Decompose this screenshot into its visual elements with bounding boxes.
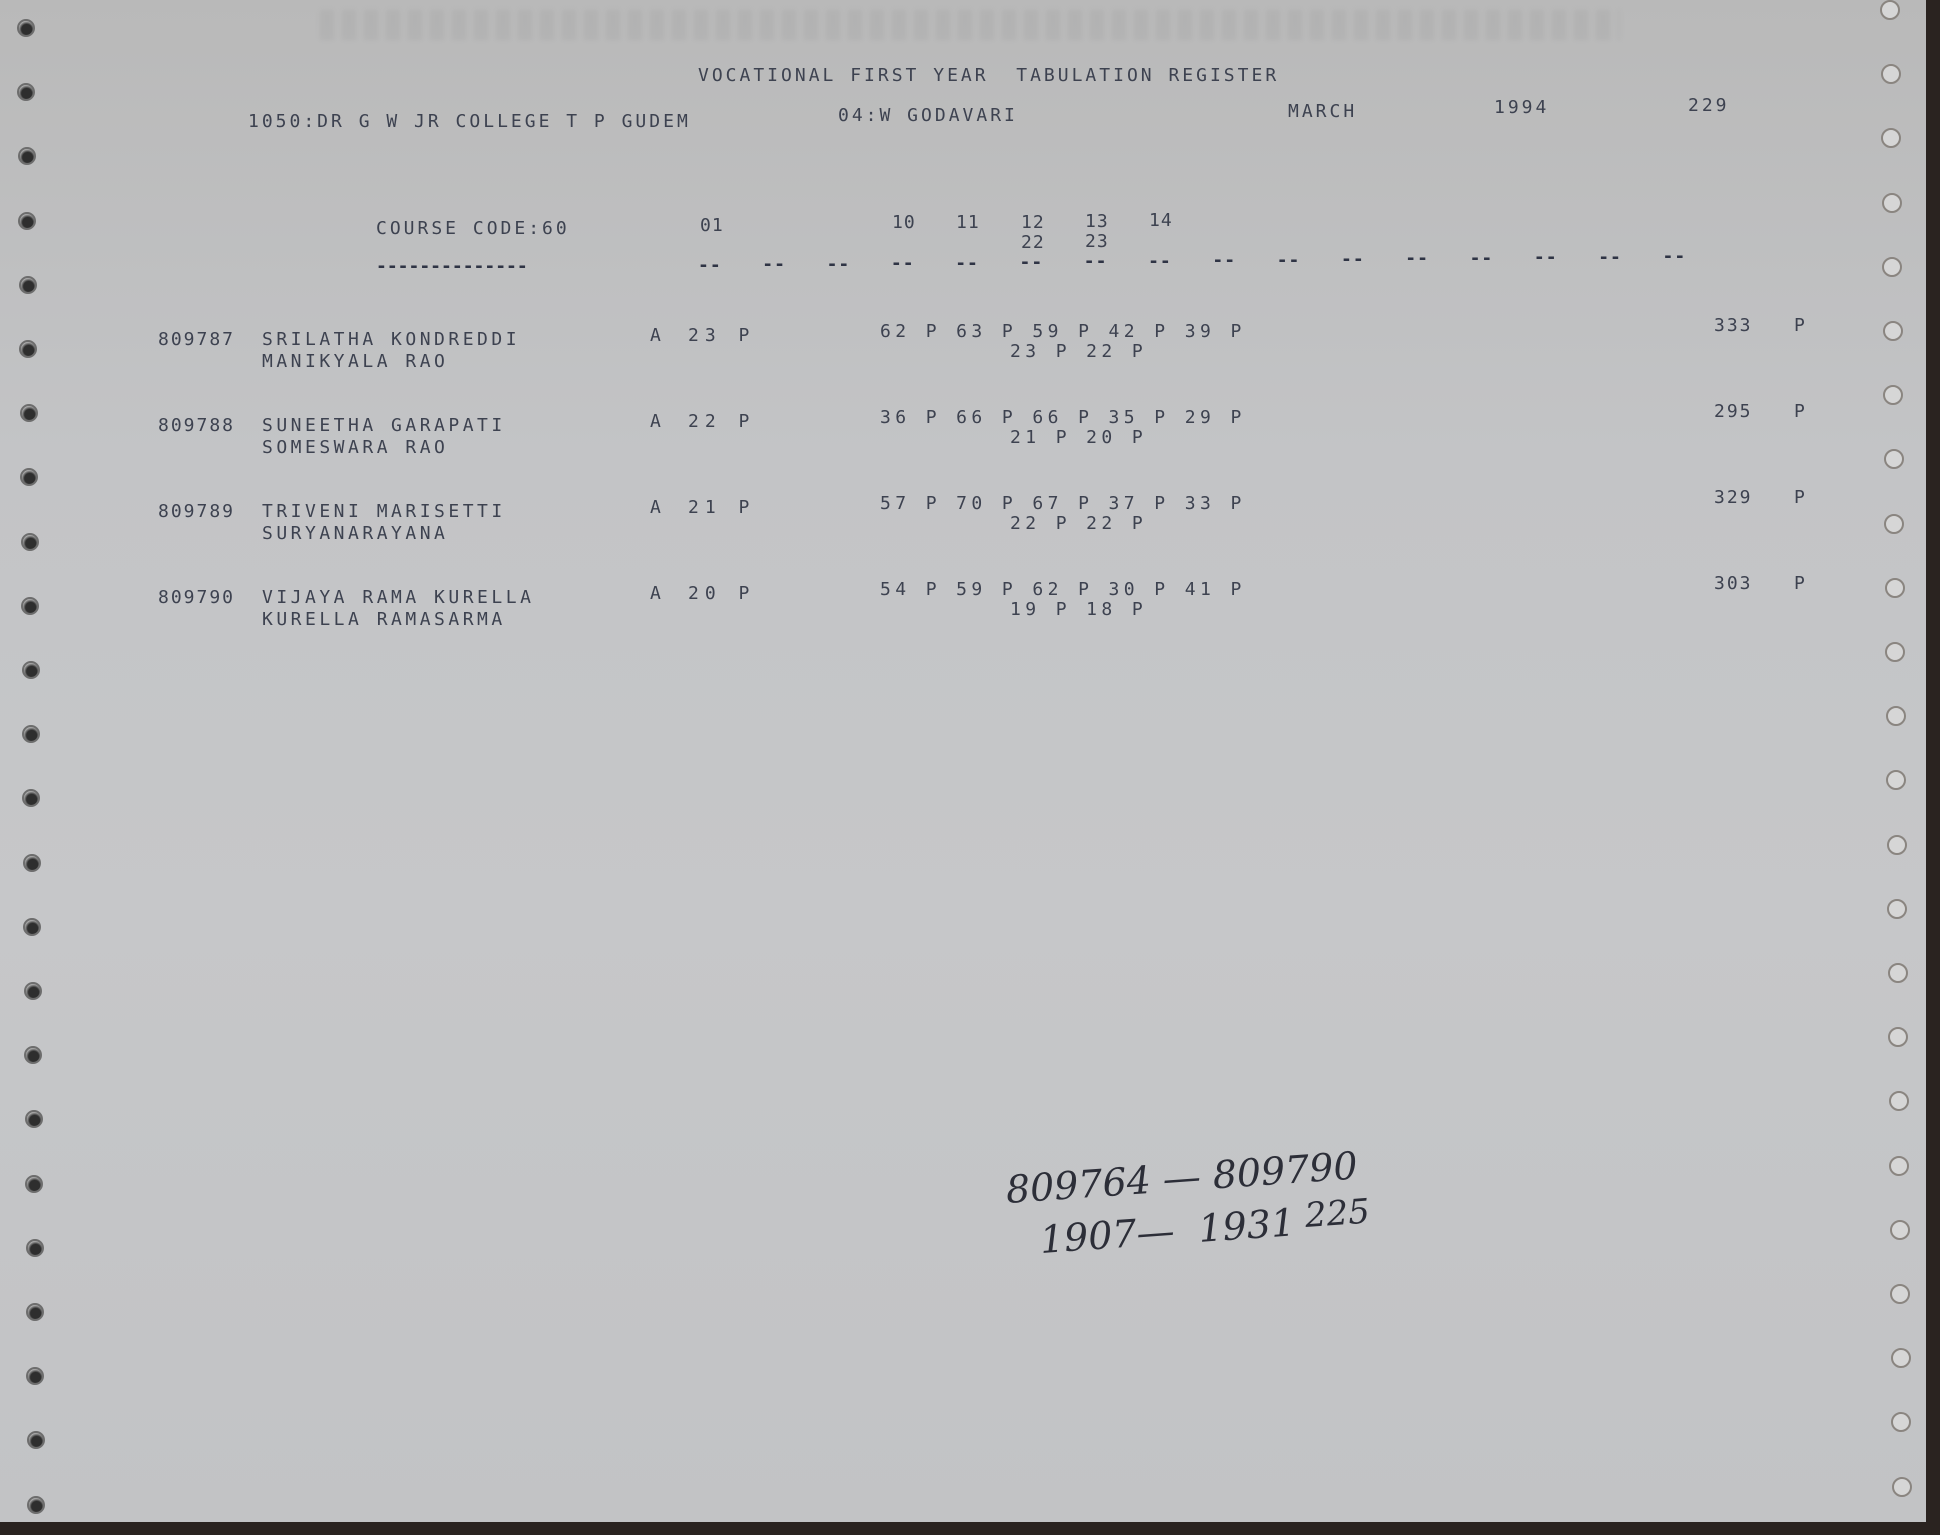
- subject-code-22: 22: [1021, 233, 1045, 253]
- sprocket-hole-icon: [1883, 385, 1903, 405]
- sprocket-hole-icon: [1882, 257, 1902, 277]
- printout-page: VOCATIONAL FIRST YEAR TABULATION REGISTE…: [0, 0, 1926, 1522]
- sprocket-hole-icon: [25, 1175, 43, 1193]
- subject-marks-row2: 21 P 20 P: [1010, 428, 1147, 448]
- subject-code-13: 13: [1085, 212, 1109, 232]
- sprocket-hole-icon: [26, 1303, 44, 1321]
- subject-code-11: 11: [956, 213, 980, 233]
- subject-code-12: 12: [1021, 213, 1045, 233]
- result-status: P: [1794, 488, 1808, 508]
- handwritten-range-line2: 1907— 1931: [1038, 1200, 1296, 1262]
- sprocket-hole-icon: [20, 404, 38, 422]
- total-marks: 303: [1714, 574, 1753, 594]
- column-separator: --: [1277, 250, 1301, 271]
- subject-code-10: 10: [892, 213, 916, 233]
- sprocket-hole-icon: [1886, 770, 1906, 790]
- total-marks: 329: [1714, 488, 1753, 508]
- total-marks: 295: [1714, 402, 1753, 422]
- column-separator: --: [1663, 246, 1687, 267]
- sprocket-hole-icon: [1882, 193, 1902, 213]
- subject-marks-row1: 54 P 59 P 62 P 30 P 41 P: [880, 580, 1246, 600]
- sprocket-hole-icon: [22, 789, 40, 807]
- sprocket-hole-icon: [1885, 642, 1905, 662]
- bleed-through-text: [320, 10, 1620, 40]
- college-name: 1050:DR G W JR COLLEGE T P GUDEM: [248, 112, 691, 132]
- sprocket-hole-icon: [21, 597, 39, 615]
- part1-marks: 20 P: [688, 584, 755, 604]
- subject-code-01: 01: [700, 216, 724, 236]
- grade-code: A: [650, 584, 664, 604]
- column-separator: --: [1212, 250, 1236, 271]
- sprocket-hole-icon: [25, 1110, 43, 1128]
- part1-marks: 23 P: [688, 326, 755, 346]
- column-separator: --: [827, 254, 851, 275]
- student-name: SUNEETHA GARAPATI: [262, 416, 506, 436]
- sprocket-hole-icon: [26, 1239, 44, 1257]
- subject-marks-row2: 19 P 18 P: [1010, 600, 1147, 620]
- sprocket-hole-icon: [1888, 1027, 1908, 1047]
- district-name: 04:W GODAVARI: [838, 106, 1018, 126]
- sprocket-hole-icon: [22, 661, 40, 679]
- sprocket-hole-icon: [1880, 0, 1900, 20]
- sprocket-hole-icon: [18, 212, 36, 230]
- sprocket-hole-icon: [19, 340, 37, 358]
- sprocket-hole-icon: [23, 854, 41, 872]
- exam-year: 1994: [1494, 98, 1549, 118]
- sprocket-hole-icon: [17, 83, 35, 101]
- student-name: TRIVENI MARISETTI: [262, 502, 506, 522]
- sprocket-hole-icon: [1881, 64, 1901, 84]
- sprocket-hole-icon: [19, 276, 37, 294]
- sprocket-hole-icon: [23, 918, 41, 936]
- column-separator: --: [955, 253, 979, 274]
- hall-ticket-number: 809787: [158, 330, 235, 350]
- page-number: 229: [1688, 96, 1730, 116]
- sprocket-hole-icon: [1881, 128, 1901, 148]
- column-separator: --: [762, 254, 786, 275]
- sprocket-hole-icon: [1887, 899, 1907, 919]
- sprocket-hole-icon: [1884, 514, 1904, 534]
- subject-marks-row1: 57 P 70 P 67 P 37 P 33 P: [880, 494, 1246, 514]
- sprocket-hole-icon: [22, 725, 40, 743]
- hall-ticket-number: 809788: [158, 416, 235, 436]
- sprocket-hole-icon: [27, 1496, 45, 1514]
- part1-marks: 21 P: [688, 498, 755, 518]
- exam-month: MARCH: [1288, 102, 1357, 122]
- column-separator: --: [1084, 251, 1108, 272]
- result-status: P: [1794, 316, 1808, 336]
- grade-code: A: [650, 412, 664, 432]
- father-name: SURYANARAYANA: [262, 524, 448, 544]
- sprocket-hole-icon: [27, 1431, 45, 1449]
- column-separator: --: [1470, 248, 1494, 269]
- subject-marks-row1: 36 P 66 P 66 P 35 P 29 P: [880, 408, 1246, 428]
- total-marks: 333: [1714, 316, 1753, 336]
- sprocket-hole-icon: [1890, 1220, 1910, 1240]
- sprocket-hole-icon: [17, 19, 35, 37]
- handwritten-count: 225: [1304, 1192, 1372, 1236]
- course-code-label: COURSE CODE:60: [376, 219, 570, 239]
- sprocket-hole-icon: [18, 147, 36, 165]
- student-name: VIJAYA RAMA KURELLA: [262, 588, 534, 608]
- course-underline: --------------: [376, 256, 528, 277]
- column-separator: --: [1148, 251, 1172, 272]
- sprocket-hole-icon: [24, 982, 42, 1000]
- column-separator: --: [1341, 249, 1365, 270]
- hall-ticket-number: 809790: [158, 588, 235, 608]
- student-name: SRILATHA KONDREDDI: [262, 330, 520, 350]
- subject-code-14: 14: [1149, 211, 1173, 231]
- father-name: MANIKYALA RAO: [262, 352, 448, 372]
- result-status: P: [1794, 574, 1808, 594]
- sprocket-hole-icon: [1889, 1156, 1909, 1176]
- subject-code-23: 23: [1085, 232, 1109, 252]
- sprocket-hole-icon: [1885, 578, 1905, 598]
- sprocket-hole-icon: [1892, 1477, 1912, 1497]
- column-separator: --: [1020, 252, 1044, 273]
- grade-code: A: [650, 326, 664, 346]
- column-separator: --: [1534, 247, 1558, 268]
- sprocket-hole-icon: [21, 533, 39, 551]
- subject-marks-row2: 23 P 22 P: [1010, 342, 1147, 362]
- sprocket-hole-icon: [20, 468, 38, 486]
- grade-code: A: [650, 498, 664, 518]
- part1-marks: 22 P: [688, 412, 755, 432]
- column-separator: --: [1405, 248, 1429, 269]
- column-separator: --: [1598, 247, 1622, 268]
- column-separator: --: [698, 255, 722, 276]
- subject-marks-row2: 22 P 22 P: [1010, 514, 1147, 534]
- hall-ticket-number: 809789: [158, 502, 235, 522]
- sprocket-hole-icon: [1883, 321, 1903, 341]
- column-separator: --: [891, 253, 915, 274]
- sprocket-hole-icon: [1888, 963, 1908, 983]
- sprocket-hole-icon: [1889, 1091, 1909, 1111]
- subject-marks-row1: 62 P 63 P 59 P 42 P 39 P: [880, 322, 1246, 342]
- sprocket-hole-icon: [24, 1046, 42, 1064]
- sprocket-hole-icon: [1891, 1348, 1911, 1368]
- father-name: SOMESWARA RAO: [262, 438, 448, 458]
- sprocket-hole-icon: [1884, 449, 1904, 469]
- sprocket-hole-icon: [1891, 1412, 1911, 1432]
- sprocket-hole-icon: [1890, 1284, 1910, 1304]
- register-title: VOCATIONAL FIRST YEAR TABULATION REGISTE…: [698, 66, 1279, 86]
- sprocket-hole-icon: [26, 1367, 44, 1385]
- sprocket-hole-icon: [1887, 835, 1907, 855]
- sprocket-hole-icon: [1886, 706, 1906, 726]
- result-status: P: [1794, 402, 1808, 422]
- father-name: KURELLA RAMASARMA: [262, 610, 506, 630]
